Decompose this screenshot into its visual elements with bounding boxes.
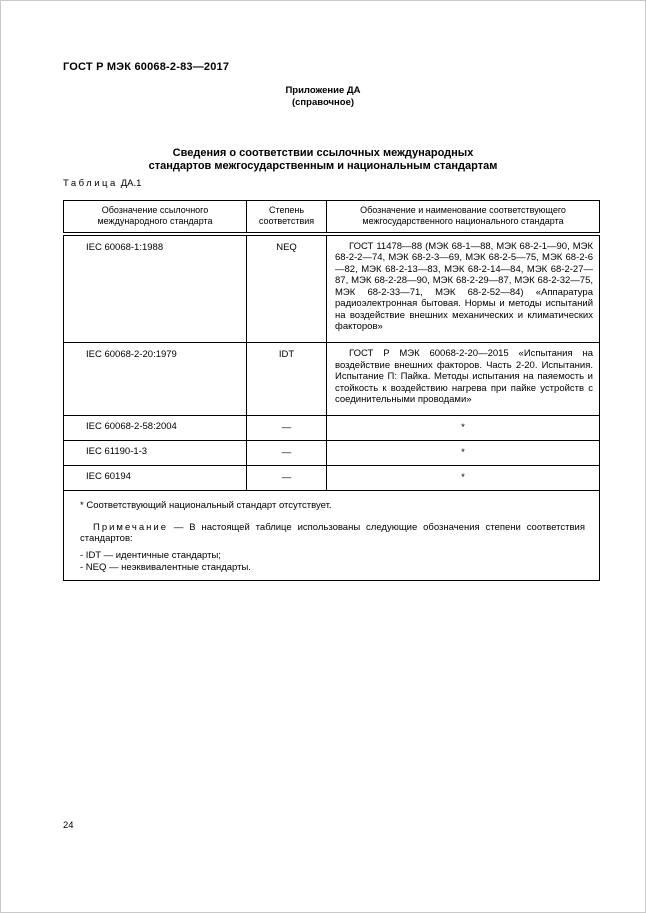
table-caption: ТаблицаДА.1: [63, 178, 141, 189]
note-label: Примечание: [93, 522, 168, 533]
column-header-national-standard: Обозначение и наименование соответствующ…: [327, 201, 600, 234]
cell-reference-standard: IEC 60068-2-20:1979: [64, 343, 247, 416]
table-header-row: Обозначение ссылочного международного ст…: [64, 201, 600, 234]
document-designation: ГОСТ Р МЭК 60068-2-83—2017: [63, 61, 229, 73]
cell-national-standard: *: [327, 466, 600, 491]
cell-reference-standard: IEC 60068-2-58:2004: [64, 416, 247, 441]
cell-degree: —: [247, 441, 327, 466]
table-footer-row: * Соответствующий национальный стандарт …: [64, 491, 600, 581]
column-header-line: Обозначение ссылочного: [68, 205, 242, 216]
cell-national-standard: *: [327, 441, 600, 466]
appendix-subtitle: (справочное): [1, 97, 645, 109]
table-caption-number: ДА.1: [121, 178, 142, 189]
footnote-text: * Соответствующий национальный стандарт …: [80, 500, 585, 512]
table-footer: * Соответствующий национальный стандарт …: [64, 491, 600, 581]
table-row: IEC 60068-2-20:1979 IDT ГОСТ Р МЭК 60068…: [64, 343, 600, 416]
column-header-line: Степень: [251, 205, 322, 216]
page-number: 24: [63, 820, 74, 831]
column-header-line: международного стандарта: [68, 216, 242, 227]
note-item-neq: - NEQ — неэквивалентные стандарты.: [80, 562, 585, 574]
table-caption-label: Таблица: [63, 178, 118, 189]
table-row: IEC 60068-2-58:2004 — *: [64, 416, 600, 441]
cell-degree: IDT: [247, 343, 327, 416]
cell-degree: NEQ: [247, 234, 327, 343]
cell-degree: —: [247, 416, 327, 441]
cell-national-standard: *: [327, 416, 600, 441]
column-header-line: межгосударственного национального станда…: [331, 216, 595, 227]
note-item-idt: - IDT — идентичные стандарты;: [80, 550, 585, 562]
document-page: ГОСТ Р МЭК 60068-2-83—2017 Приложение ДА…: [0, 0, 646, 913]
cell-degree: —: [247, 466, 327, 491]
column-header-line: Обозначение и наименование соответствующ…: [331, 205, 595, 216]
section-title: Сведения о соответствии ссылочных междун…: [1, 147, 645, 173]
cell-reference-standard: IEC 60068-1:1988: [64, 234, 247, 343]
column-header-line: соответствия: [251, 216, 322, 227]
standards-correspondence-table: Обозначение ссылочного международного ст…: [63, 200, 600, 581]
column-header-degree: Степень соответствия: [247, 201, 327, 234]
note-paragraph: Примечание — В настоящей таблице использ…: [80, 522, 585, 545]
cell-national-standard: ГОСТ 11478—88 (МЭК 68-1—88, МЭК 68-2-1—9…: [327, 234, 600, 343]
appendix-title: Приложение ДА: [1, 85, 645, 97]
section-title-line1: Сведения о соответствии ссылочных междун…: [1, 147, 645, 160]
appendix-heading: Приложение ДА (справочное): [1, 85, 645, 109]
cell-reference-standard: IEC 61190-1-3: [64, 441, 247, 466]
column-header-international-standard: Обозначение ссылочного международного ст…: [64, 201, 247, 234]
cell-reference-standard: IEC 60194: [64, 466, 247, 491]
section-title-line2: стандартов межгосударственным и национал…: [1, 160, 645, 173]
table-row: IEC 61190-1-3 — *: [64, 441, 600, 466]
table-row: IEC 60068-1:1988 NEQ ГОСТ 11478—88 (МЭК …: [64, 234, 600, 343]
table-row: IEC 60194 — *: [64, 466, 600, 491]
cell-national-standard: ГОСТ Р МЭК 60068-2-20—2015 «Испытания на…: [327, 343, 600, 416]
